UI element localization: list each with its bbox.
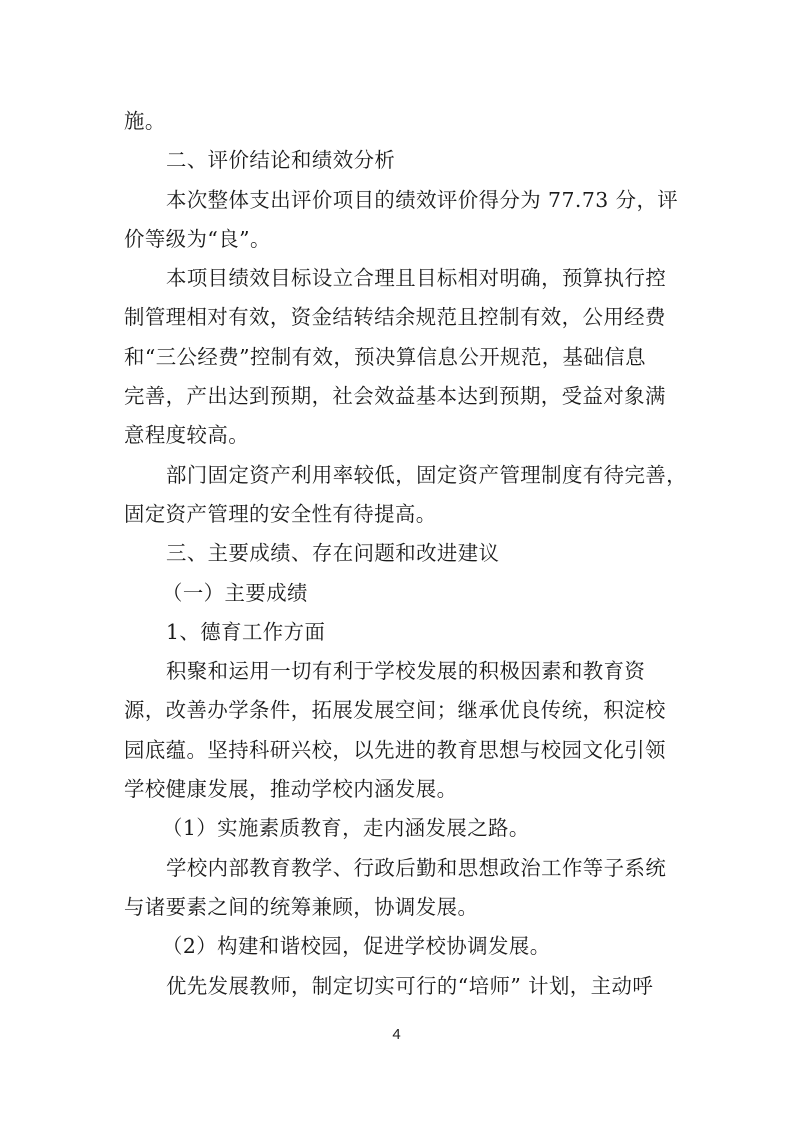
paragraph-summary-line-1: 本项目绩效目标设立合理且目标相对明确，预算执行控 xyxy=(124,259,670,298)
paragraph-continuation: 施。 xyxy=(124,102,670,141)
section-heading-2: 二、评价结论和绩效分析 xyxy=(124,141,670,180)
paragraph-summary-line-5: 意程度较高。 xyxy=(124,416,670,455)
paragraph-assets-line-2: 固定资产管理的安全性有待提高。 xyxy=(124,495,670,534)
paragraph-summary-line-3: 和“三公经费”控制有效，预决算信息公开规范，基础信息 xyxy=(124,338,670,377)
paragraph-assets-line-1: 部门固定资产利用率较低，固定资产管理制度有待完善， xyxy=(124,456,670,495)
document-page: 施。 二、评价结论和绩效分析 本次整体支出评价项目的绩效评价得分为 77.73 … xyxy=(124,102,670,1006)
paragraph-resources-line-1: 积聚和运用一切有利于学校发展的积极因素和教育资 xyxy=(124,652,670,691)
paragraph-resources-line-4: 学校健康发展，推动学校内涵发展。 xyxy=(124,770,670,809)
page-number: 4 xyxy=(0,1026,793,1043)
paragraph-systems-line-1: 学校内部教育教学、行政后勤和思想政治工作等子系统 xyxy=(124,849,670,888)
paragraph-score-line-2: 价等级为“良”。 xyxy=(124,220,670,259)
paragraph-resources-line-3: 园底蕴。坚持科研兴校，以先进的教育思想与校园文化引领 xyxy=(124,731,670,770)
paragraph-resources-line-2: 源，改善办学条件，拓展发展空间；继承优良传统，积淀校 xyxy=(124,691,670,730)
paragraph-score-line-1: 本次整体支出评价项目的绩效评价得分为 77.73 分，评 xyxy=(124,181,670,220)
point-heading-2: （2）构建和谐校园，促进学校协调发展。 xyxy=(124,927,670,966)
paragraph-systems-line-2: 与诸要素之间的统筹兼顾，协调发展。 xyxy=(124,888,670,927)
paragraph-summary-line-2: 制管理相对有效，资金结转结余规范且控制有效，公用经费 xyxy=(124,298,670,337)
subsection-heading-achievements: （一）主要成绩 xyxy=(124,574,670,613)
paragraph-summary-line-4: 完善，产出达到预期，社会效益基本达到预期，受益对象满 xyxy=(124,377,670,416)
item-heading-moral-education: 1、德育工作方面 xyxy=(124,613,670,652)
point-heading-1: （1）实施素质教育，走内涵发展之路。 xyxy=(124,809,670,848)
paragraph-teachers-line-1: 优先发展教师，制定切实可行的“培师” 计划，主动呼 xyxy=(124,967,670,1006)
section-heading-3: 三、主要成绩、存在问题和改进建议 xyxy=(124,534,670,573)
